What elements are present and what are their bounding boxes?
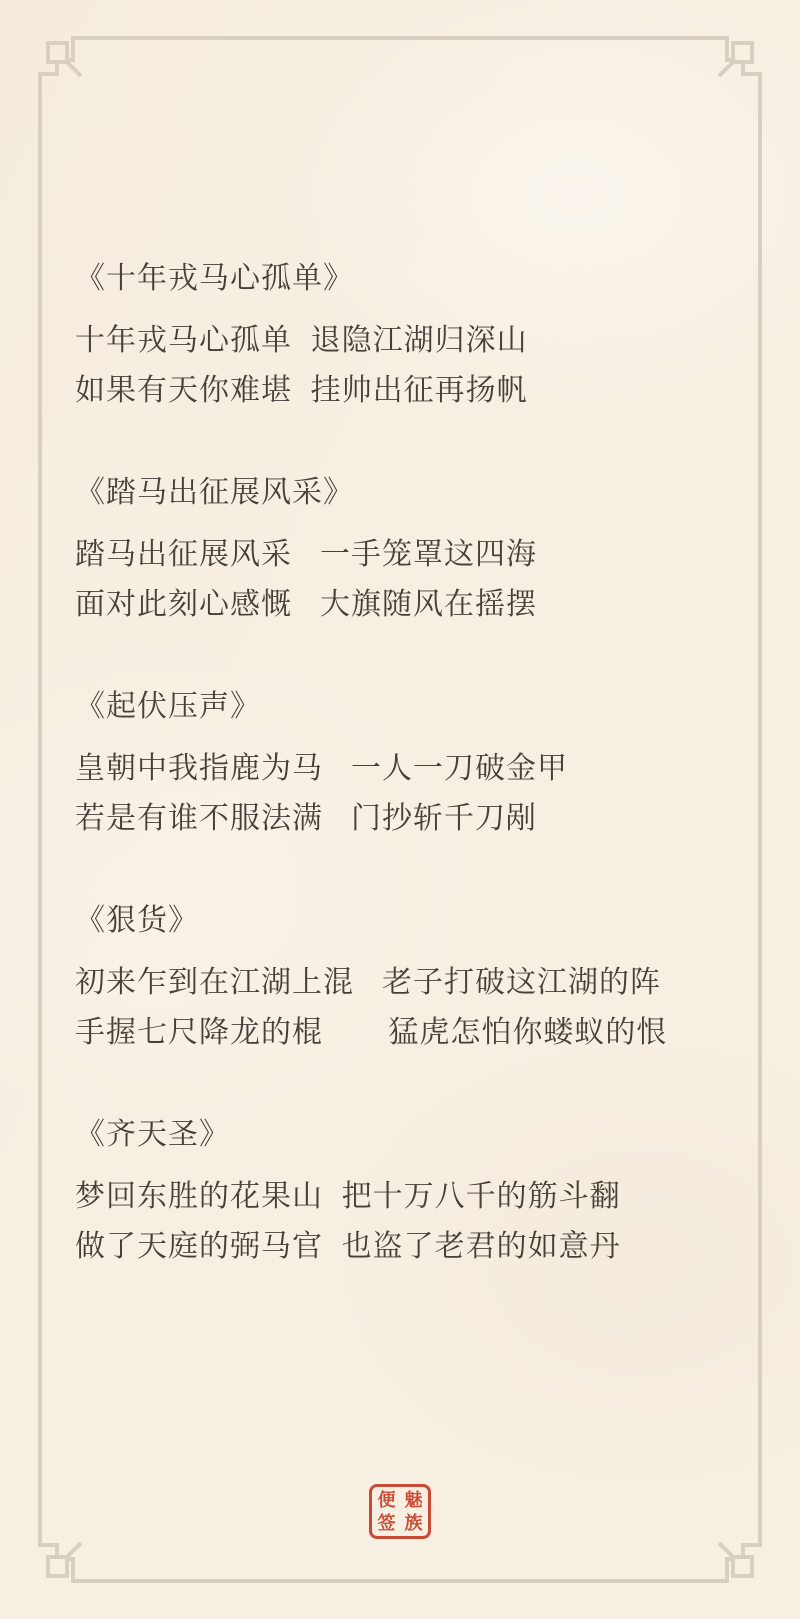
frame-right-line bbox=[758, 108, 762, 1511]
lyric-line: 梦回东胜的花果山 把十万八千的筋斗翻 bbox=[75, 1182, 740, 1212]
lyric-line: 十年戎马心孤单 退隐江湖归深山 bbox=[75, 326, 740, 356]
corner-ornament-top-right-icon bbox=[690, 0, 800, 110]
song-title: 《狠货》 bbox=[75, 906, 740, 936]
song-title: 《起伏压声》 bbox=[75, 692, 740, 722]
seal-character: 族 bbox=[405, 1514, 423, 1532]
song-section: 《齐天圣》 梦回东胜的花果山 把十万八千的筋斗翻 做了天庭的弼马官 也盗了老君的… bbox=[75, 1120, 740, 1262]
frame-top-line bbox=[108, 36, 692, 40]
lyric-line: 如果有天你难堪 挂帅出征再扬帆 bbox=[75, 376, 740, 406]
song-title: 《踏马出征展风采》 bbox=[75, 478, 740, 508]
lyric-line: 皇朝中我指鹿为马 一人一刀破金甲 bbox=[75, 754, 740, 784]
seal-character: 便 bbox=[378, 1491, 396, 1509]
frame-bottom-line bbox=[108, 1579, 692, 1583]
corner-ornament-bottom-left-icon bbox=[0, 1509, 110, 1619]
song-section: 《十年戎马心孤单》 十年戎马心孤单 退隐江湖归深山 如果有天你难堪 挂帅出征再扬… bbox=[75, 264, 740, 406]
song-section: 《踏马出征展风采》 踏马出征展风采 一手笼罩这四海 面对此刻心感慨 大旗随风在摇… bbox=[75, 478, 740, 620]
song-title: 《齐天圣》 bbox=[75, 1120, 740, 1150]
seal-character: 签 bbox=[378, 1514, 396, 1532]
corner-ornament-top-left-icon bbox=[0, 0, 110, 110]
song-section: 《狠货》 初来乍到在江湖上混 老子打破这江湖的阵 手握七尺降龙的棍 猛虎怎怕你蝼… bbox=[75, 906, 740, 1048]
lyric-line: 做了天庭的弼马官 也盗了老君的如意丹 bbox=[75, 1232, 740, 1262]
corner-ornament-bottom-right-icon bbox=[690, 1509, 800, 1619]
watermark-seal: 便 魅 签 族 bbox=[369, 1484, 431, 1539]
lyrics-content: 《十年戎马心孤单》 十年戎马心孤单 退隐江湖归深山 如果有天你难堪 挂帅出征再扬… bbox=[75, 264, 740, 1334]
lyric-line: 踏马出征展风采 一手笼罩这四海 bbox=[75, 540, 740, 570]
song-title: 《十年戎马心孤单》 bbox=[75, 264, 740, 294]
lyric-line: 面对此刻心感慨 大旗随风在摇摆 bbox=[75, 590, 740, 620]
lyric-line: 初来乍到在江湖上混 老子打破这江湖的阵 bbox=[75, 968, 740, 998]
frame-left-line bbox=[38, 108, 42, 1511]
seal-character: 魅 bbox=[405, 1491, 423, 1509]
lyric-line: 若是有谁不服法满 门抄斩千刀剐 bbox=[75, 804, 740, 834]
lyric-line: 手握七尺降龙的棍 猛虎怎怕你蝼蚁的恨 bbox=[75, 1018, 740, 1048]
lyrics-card: 《十年戎马心孤单》 十年戎马心孤单 退隐江湖归深山 如果有天你难堪 挂帅出征再扬… bbox=[0, 0, 800, 1619]
song-section: 《起伏压声》 皇朝中我指鹿为马 一人一刀破金甲 若是有谁不服法满 门抄斩千刀剐 bbox=[75, 692, 740, 834]
